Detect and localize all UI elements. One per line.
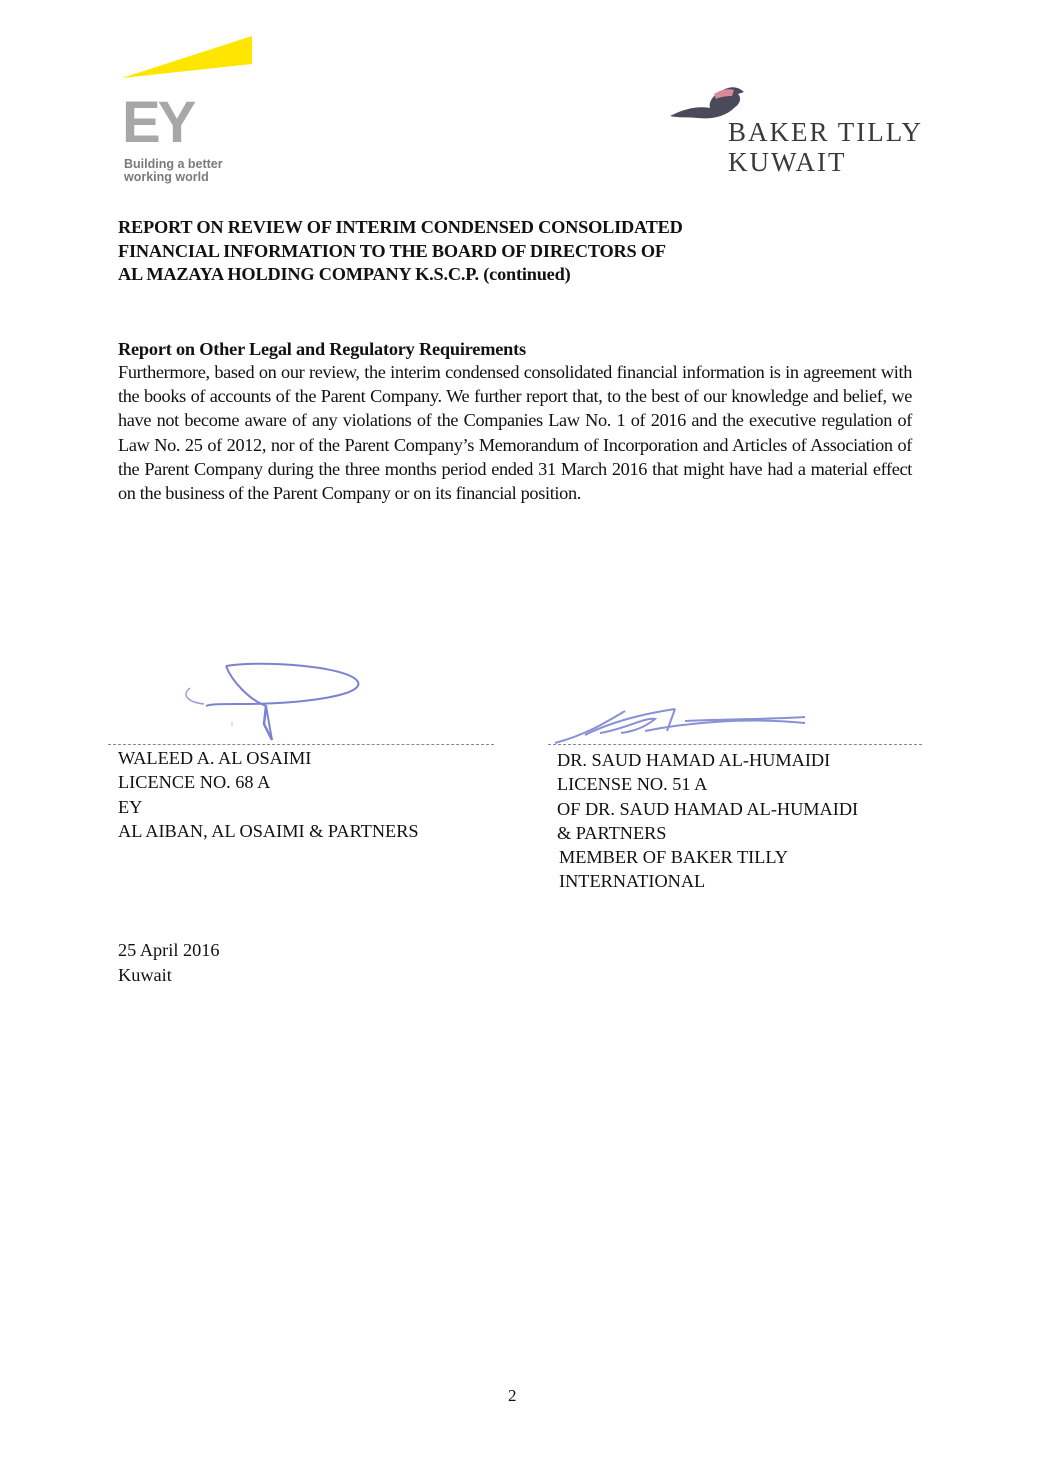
page-number: 2 <box>508 1386 517 1406</box>
signatory-right-firm-line4: INTERNATIONAL <box>557 869 858 893</box>
ey-letters: EY <box>122 94 193 152</box>
signatory-right: DR. SAUD HAMAD AL-HUMAIDI LICENSE NO. 51… <box>557 748 858 894</box>
ey-tagline: Building a better working world <box>124 158 223 184</box>
section-title: Report on Other Legal and Regulatory Req… <box>118 338 526 360</box>
baker-tilly-wordmark: BAKER TILLY <box>728 118 923 146</box>
section-body: Furthermore, based on our review, the in… <box>118 360 912 505</box>
ey-beam-icon <box>122 34 257 84</box>
signatory-left-license: LICENCE NO. 68 A <box>118 770 419 794</box>
ey-tagline-line2: working world <box>124 171 223 184</box>
report-date: 25 April 2016 <box>118 938 220 963</box>
signatory-right-firm-line3: MEMBER OF BAKER TILLY <box>557 845 858 869</box>
signatory-left-firm-line2: AL AIBAN, AL OSAIMI & PARTNERS <box>118 819 419 843</box>
report-place: Kuwait <box>118 963 220 988</box>
report-heading: REPORT ON REVIEW OF INTERIM CONDENSED CO… <box>118 216 818 287</box>
date-place: 25 April 2016 Kuwait <box>118 938 220 987</box>
signatory-left: WALEED A. AL OSAIMI LICENCE NO. 68 A EY … <box>118 746 419 843</box>
report-heading-line2: FINANCIAL INFORMATION TO THE BOARD OF DI… <box>118 240 818 264</box>
signature-line-right <box>548 744 922 745</box>
signature-left-icon <box>180 660 380 750</box>
signature-line-left <box>108 744 494 745</box>
signatory-right-license: LICENSE NO. 51 A <box>557 772 858 796</box>
signatory-right-firm-line1: OF DR. SAUD HAMAD AL-HUMAIDI <box>557 797 858 821</box>
signatory-left-name: WALEED A. AL OSAIMI <box>118 746 419 770</box>
signatory-left-firm-line1: EY <box>118 795 419 819</box>
report-heading-line3: AL MAZAYA HOLDING COMPANY K.S.C.P. (cont… <box>118 263 818 287</box>
ey-logo: EY Building a better working world <box>118 34 268 179</box>
baker-tilly-logo: BAKER TILLY KUWAIT <box>668 82 948 187</box>
signatory-right-firm-line2: & PARTNERS <box>557 821 858 845</box>
baker-tilly-kuwait: KUWAIT <box>728 148 846 176</box>
report-heading-line1: REPORT ON REVIEW OF INTERIM CONDENSED CO… <box>118 216 818 240</box>
signatory-right-name: DR. SAUD HAMAD AL-HUMAIDI <box>557 748 858 772</box>
